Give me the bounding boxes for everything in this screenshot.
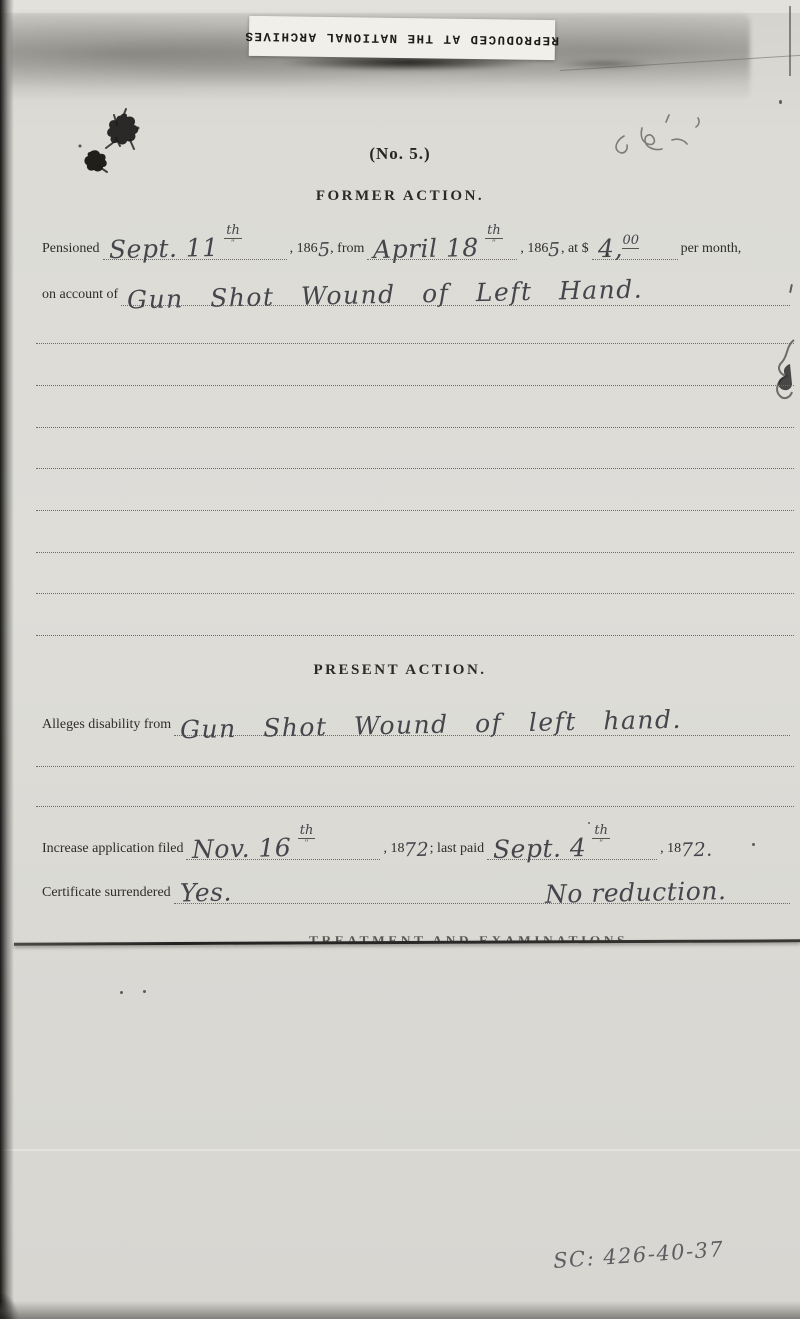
certificate-label: Certificate surrendered	[42, 885, 171, 904]
sep-text: , 18	[383, 841, 404, 860]
sep-text: , from	[330, 241, 364, 260]
sep-text: , at $	[561, 241, 589, 260]
certificate-field: Yes. No reduction.	[174, 877, 790, 904]
pensioned-row: Pensioned Sept. 11 th″ , 186 5 , from Ap…	[42, 222, 793, 260]
pensioned-date-value: Sept. 11	[108, 235, 218, 264]
pensioned-label: Pensioned	[42, 241, 100, 260]
alleges-value: Gun Shot Wound of left hand.	[180, 706, 682, 743]
ruled-line	[36, 766, 794, 767]
account-row: on account of Gun Shot Wound of Left Han…	[42, 268, 793, 306]
amount-cents: 00	[622, 233, 639, 249]
account-field: Gun Shot Wound of Left Hand.	[121, 279, 790, 306]
increase-label: Increase application filed	[42, 841, 183, 860]
year-digit: 72.	[681, 841, 713, 862]
ruled-line	[36, 593, 794, 594]
year-digit: 5	[317, 241, 330, 261]
archive-code: SC: 426-40-37	[552, 1237, 725, 1273]
sep-text: , 186	[290, 241, 318, 260]
alleges-field: Gun Shot Wound of left hand.	[174, 709, 790, 736]
ruled-line	[36, 552, 794, 553]
ordinal-mark: th″	[298, 831, 316, 857]
from-date-value: April 18	[373, 235, 479, 263]
sep-text: ; last paid	[430, 841, 484, 860]
increase-date-value: Nov. 16	[192, 835, 292, 863]
ruled-line	[36, 510, 794, 511]
ruled-line	[36, 343, 794, 344]
speck	[120, 991, 123, 994]
ink-blot	[68, 106, 160, 176]
year-digit: 72	[404, 841, 430, 861]
speck	[779, 100, 782, 104]
scan-edge-mark	[789, 6, 791, 76]
ruled-line	[36, 635, 794, 636]
account-value: Gun Shot Wound of Left Hand.	[127, 276, 644, 313]
last-paid-value: Sept. 4	[493, 835, 587, 863]
ink-smear-light	[540, 58, 670, 70]
certificate-value: Yes.	[179, 879, 231, 906]
scan-bottom-edge	[0, 1301, 800, 1319]
former-action-title: FORMER ACTION.	[0, 188, 800, 205]
sep-text: , 18	[660, 841, 681, 860]
increase-date-field: Nov. 16 th″	[186, 831, 380, 860]
speck	[143, 990, 146, 993]
ruled-line	[36, 468, 794, 469]
speck	[588, 822, 590, 824]
ruled-line	[36, 806, 794, 807]
sep-text: , 186	[520, 241, 548, 260]
speck	[606, 253, 609, 256]
speck	[752, 843, 755, 846]
amount-value: 4,	[597, 235, 622, 262]
ordinal-mark: th″	[224, 231, 242, 257]
present-action-title: PRESENT ACTION.	[0, 662, 800, 679]
last-paid-field: Sept. 4 th″	[487, 831, 657, 860]
alleges-label: Alleges disability from	[42, 717, 171, 736]
pensioned-date-field: Sept. 11 th″	[103, 231, 287, 260]
ruled-line	[36, 385, 794, 386]
archives-banner: REPRODUCED AT THE NATIONAL ARCHIVES	[249, 16, 556, 60]
ruled-line	[36, 427, 794, 428]
paper-wrinkle	[754, 334, 800, 426]
year-digit: 5	[548, 241, 561, 261]
form-number: (No. 5.)	[0, 144, 800, 164]
paper-streak	[0, 1149, 800, 1151]
increase-row: Increase application filed Nov. 16 th″ ,…	[42, 820, 793, 860]
from-date-field: April 18 th″	[367, 231, 517, 260]
certificate-note: No reduction.	[544, 878, 726, 908]
amount-field: 4, 00	[592, 233, 678, 260]
per-month-label: per month,	[681, 241, 742, 260]
scan-top-strip	[0, 0, 800, 13]
ordinal-mark: th″	[485, 231, 503, 257]
scan-left-edge	[0, 0, 14, 1319]
account-label: on account of	[42, 287, 118, 306]
certificate-row: Certificate surrendered Yes. No reductio…	[42, 866, 793, 904]
document-page: REPRODUCED AT THE NATIONAL ARCHIVES (No.…	[0, 0, 800, 1319]
alleges-row: Alleges disability from Gun Shot Wound o…	[42, 698, 793, 736]
archives-banner-text: REPRODUCED AT THE NATIONAL ARCHIVES	[244, 29, 559, 47]
ordinal-mark: th″	[592, 831, 610, 857]
